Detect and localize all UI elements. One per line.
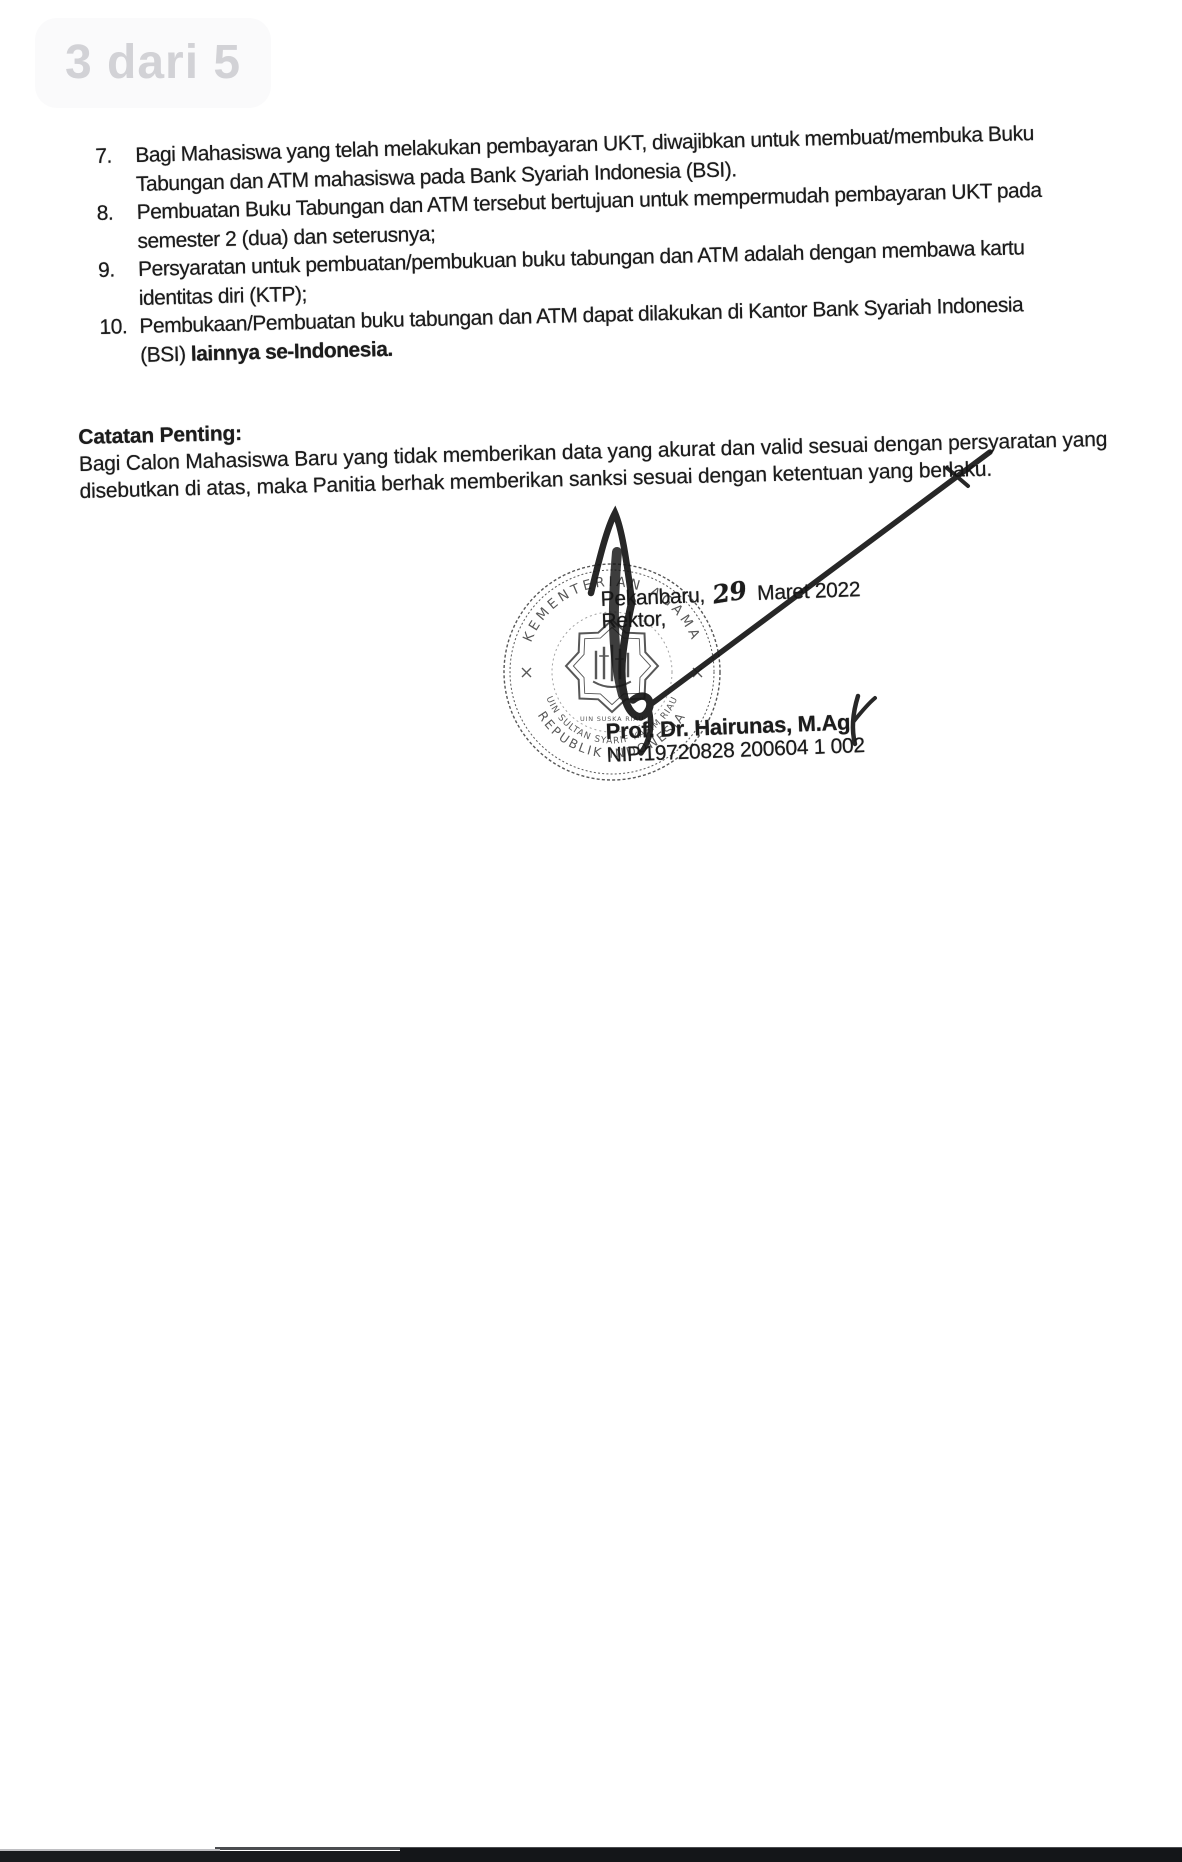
signature-block: Pekanbaru,29Maret 2022 Rektor, Prof. Dr.…	[600, 567, 1027, 783]
list-item-line-bold: lainnya se-Indonesia.	[191, 337, 393, 365]
list-item-number: 8.	[96, 199, 137, 257]
list-item-number: 7.	[95, 142, 136, 200]
scanned-document-page: 3 dari 5 7. Bagi Mahasiswa yang telah me…	[0, 0, 1182, 1862]
notes-section: Catatan Penting: Bagi Calon Mahasiswa Ba…	[78, 399, 1120, 505]
signature-month-year: Maret 2022	[757, 578, 861, 605]
handwritten-day: 29	[711, 575, 749, 609]
numbered-list: 7. Bagi Mahasiswa yang telah melakukan p…	[95, 121, 1000, 371]
signature-place: Pekanbaru,	[600, 584, 705, 611]
list-item-number: 9.	[98, 256, 139, 314]
page-indicator-label: 3 dari 5	[65, 36, 241, 89]
list-item-number: 10.	[99, 313, 140, 371]
page-indicator-badge: 3 dari 5	[35, 18, 271, 108]
scan-bottom-edge	[400, 1848, 1182, 1862]
list-item-line-normal: (BSI)	[140, 342, 191, 366]
signature-title: Rektor,	[601, 608, 666, 634]
